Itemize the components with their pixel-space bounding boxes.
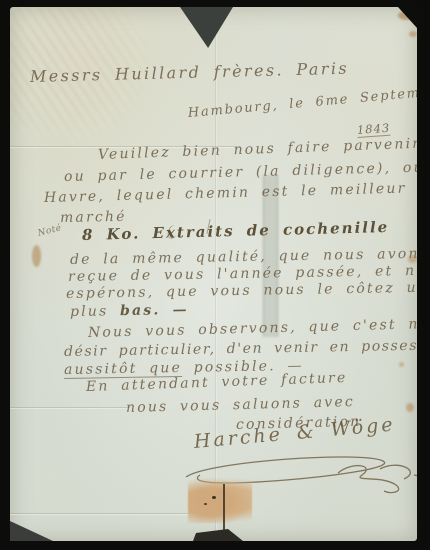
seal-stain bbox=[188, 477, 252, 523]
body-line: Havre, lequel chemin est le meilleur bbox=[44, 181, 407, 206]
closing-line: nous vous saluons avec bbox=[126, 394, 355, 416]
body-line: marché bbox=[60, 209, 127, 226]
rust-spot bbox=[409, 31, 417, 37]
scanned-letter: Messrs Huillard frères. Paris Hambourg, … bbox=[0, 0, 430, 550]
margin-note: Noté bbox=[37, 223, 63, 239]
date-year: 1843 bbox=[356, 121, 390, 138]
fold-crease bbox=[10, 407, 130, 408]
body-line: plus bas. — bbox=[70, 302, 189, 320]
rust-spot bbox=[32, 245, 41, 267]
letter-paper: Messrs Huillard frères. Paris Hambourg, … bbox=[10, 7, 417, 541]
rust-spot bbox=[408, 255, 417, 263]
order-line: 8 Ko. Extraits de cochenille bbox=[82, 218, 390, 244]
seal-stain-dot bbox=[204, 503, 207, 505]
seal-stain-line bbox=[223, 484, 225, 530]
seal-stain-dot bbox=[212, 496, 216, 499]
dateline: Hambourg, le 6me Septembre bbox=[187, 83, 417, 121]
body-line: Nous vous observons, que c'est notre bbox=[88, 315, 417, 341]
bas-word: bas. — bbox=[120, 302, 189, 319]
body-line: désir particulier, d'en venir en possess… bbox=[64, 337, 417, 360]
plus-word: plus bbox=[70, 303, 109, 320]
rust-spot bbox=[406, 403, 414, 412]
rust-spot bbox=[399, 362, 404, 367]
